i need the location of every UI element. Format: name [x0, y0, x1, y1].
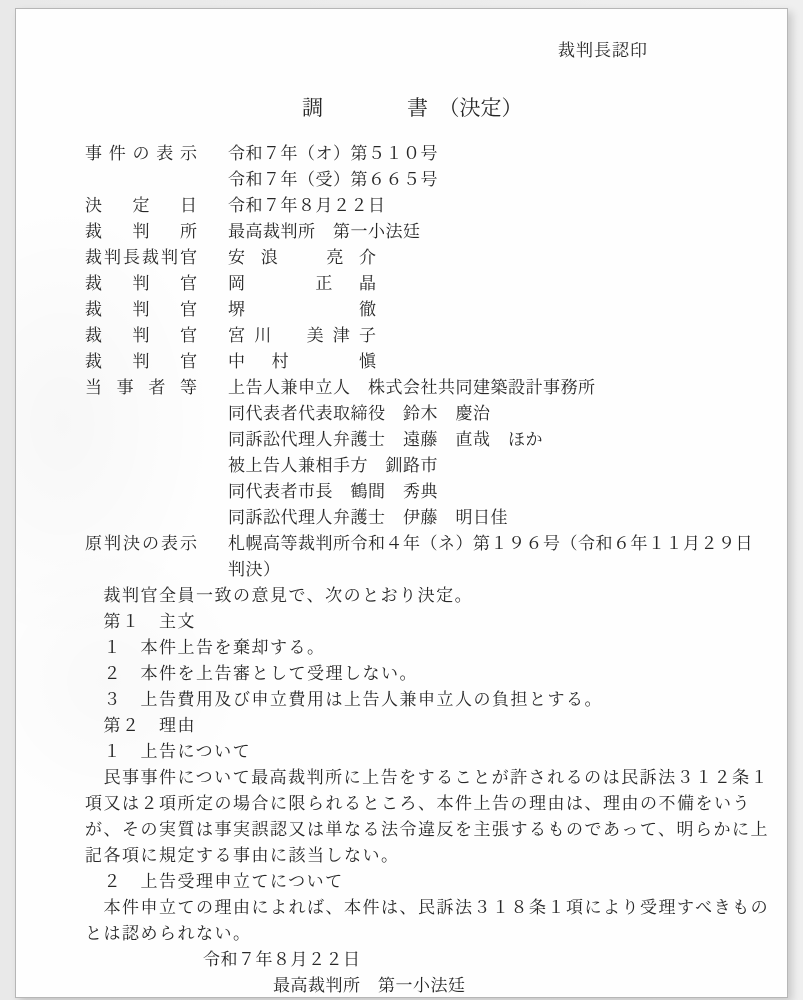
party-line: 同訴訟代理人弁護士 遠藤 直哉 ほか [228, 427, 596, 453]
record-row-judge: 裁判官 堺 徹 [85, 297, 803, 323]
record-label: 当事者等 [85, 375, 197, 401]
case-number: 令和７年（オ）第５１０号 [228, 141, 438, 167]
record-label: 裁判長裁判官 [85, 245, 197, 271]
record-value: 宮川 美津子 [228, 323, 376, 349]
record-value: 安浪 亮介 [228, 245, 376, 271]
original-judgment-line: 札幌高等裁判所令和４年（ネ）第１９６号（令和６年１１月２９日 [228, 531, 753, 557]
record-row-original-judgment: 原判決の表示 札幌高等裁判所令和４年（ネ）第１９６号（令和６年１１月２９日 判決… [85, 531, 803, 583]
document-content: 事件の表示 令和７年（オ）第５１０号 令和７年（受）第６６５号 決定日 令和７年… [0, 141, 803, 999]
party-line: 同訴訟代理人弁護士 伊藤 明日佳 [228, 505, 596, 531]
closing-date: 令和７年８月２２日 [0, 947, 803, 973]
record-value: 最高裁判所 第一小法廷 [228, 219, 421, 245]
document-title: 調 書 （決定） [302, 98, 523, 119]
record-value: 令和７年（オ）第５１０号 令和７年（受）第６６５号 [228, 141, 438, 193]
body-line: 裁判官全員一致の意見で、次のとおり決定。 [85, 583, 803, 609]
record-value: 中村 愼 [228, 349, 376, 375]
body-line: 本件申立ての理由によれば、本件は、民訴法３１８条１項により受理すべきもの [85, 895, 803, 921]
body-line: ２ 本件を上告審として受理しない。 [85, 661, 803, 687]
record-label: 裁判官 [85, 271, 197, 297]
record-label: 裁判官 [85, 349, 197, 375]
body-line: 項又は２項所定の場合に限られるところ、本件上告の理由は、理由の不備をいう [85, 791, 803, 817]
record-label: 原判決の表示 [85, 531, 197, 557]
decision-body: 裁判官全員一致の意見で、次のとおり決定。 第１ 主文 １ 本件上告を棄却する。 … [0, 583, 803, 947]
record-value: 岡 正晶 [228, 271, 376, 297]
judge-name: 宮川 美津子 [228, 323, 376, 349]
party-line: 同代表者代表取締役 鈴木 慶治 [228, 401, 596, 427]
record-row-court: 裁判所 最高裁判所 第一小法廷 [85, 219, 803, 245]
body-line: 民事事件について最高裁判所に上告をすることが許されるのは民訴法３１２条１ [85, 765, 803, 791]
party-line: 上告人兼申立人 株式会社共同建築設計事務所 [228, 375, 596, 401]
record-label: 事件の表示 [85, 141, 197, 167]
body-line: が、その実質は事実誤認又は単なる法令違反を主張するものであって、明らかに上 [85, 817, 803, 843]
case-record-table: 事件の表示 令和７年（オ）第５１０号 令和７年（受）第６６５号 決定日 令和７年… [0, 141, 803, 583]
record-row-parties: 当事者等 上告人兼申立人 株式会社共同建築設計事務所 同代表者代表取締役 鈴木 … [85, 375, 803, 531]
record-row-judge: 裁判官 岡 正晶 [85, 271, 803, 297]
judge-name: 堺 徹 [228, 297, 376, 323]
section-heading: 第１ 主文 [85, 609, 803, 635]
decision-date: 令和７年８月２２日 [228, 193, 386, 219]
record-row-judge: 裁判官 中村 愼 [85, 349, 803, 375]
body-line: 記各項に規定する事由に該当しない。 [85, 843, 803, 869]
scanned-court-record: 裁判長認印 調 書 （決定） 事件の表示 令和７年（オ）第５１０号 令和７年（受… [0, 0, 803, 1000]
record-value: 上告人兼申立人 株式会社共同建築設計事務所 同代表者代表取締役 鈴木 慶治 同訴… [228, 375, 596, 531]
original-judgment-line: 判決） [228, 557, 753, 583]
judge-name: 中村 愼 [228, 349, 376, 375]
record-row-case-numbers: 事件の表示 令和７年（オ）第５１０号 令和７年（受）第６６５号 [85, 141, 803, 193]
body-line: ２ 上告受理申立てについて [85, 869, 803, 895]
record-row-presiding-judge: 裁判長裁判官 安浪 亮介 [85, 245, 803, 271]
record-value: 堺 徹 [228, 297, 376, 323]
record-label: 裁判官 [85, 297, 197, 323]
case-number: 令和７年（受）第６６５号 [228, 167, 438, 193]
judge-name: 岡 正晶 [228, 271, 376, 297]
body-line: ３ 上告費用及び申立費用は上告人兼申立人の負担とする。 [85, 687, 803, 713]
closing-court: 最高裁判所 第一小法廷 [0, 973, 803, 999]
body-line: １ 上告について [85, 739, 803, 765]
record-label: 裁判官 [85, 323, 197, 349]
section-heading: 第２ 理由 [85, 713, 803, 739]
party-line: 同代表者市長 鶴間 秀典 [228, 479, 596, 505]
body-line: とは認められない。 [85, 921, 803, 947]
court-name: 最高裁判所 第一小法廷 [228, 219, 421, 245]
record-label: 裁判所 [85, 219, 197, 245]
party-line: 被上告人兼相手方 釧路市 [228, 453, 596, 479]
record-row-decision-date: 決定日 令和７年８月２２日 [85, 193, 803, 219]
presiding-judge-seal-label: 裁判長認印 [558, 42, 648, 59]
record-value: 令和７年８月２２日 [228, 193, 386, 219]
body-line: １ 本件上告を棄却する。 [85, 635, 803, 661]
record-label: 決定日 [85, 193, 197, 219]
record-row-judge: 裁判官 宮川 美津子 [85, 323, 803, 349]
judge-name: 安浪 亮介 [228, 245, 376, 271]
record-value: 札幌高等裁判所令和４年（ネ）第１９６号（令和６年１１月２９日 判決） [228, 531, 753, 583]
